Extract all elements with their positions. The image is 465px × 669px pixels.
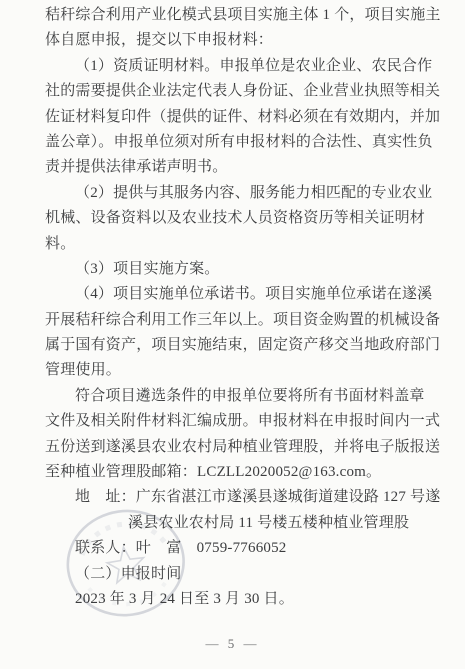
text-line: 责并提供法律承诺声明书。 — [45, 155, 437, 180]
text-line: 文件及相关附件材料汇编成册。申报材料在申报时间内一式 — [45, 409, 437, 434]
text-line: 2023 年 3 月 24 日至 3 月 30 日。 — [45, 587, 437, 612]
document-text: 秸秆综合利用产业化模式县项目实施主体 1 个，项目实施主体自愿申报，提交以下申报… — [45, 3, 437, 612]
text-line: 管理使用。 — [45, 358, 437, 383]
text-line: 地 址：广东省湛江市遂溪县遂城街道建设路 127 号遂 — [45, 485, 437, 510]
page-number: — 5 — — [0, 636, 465, 652]
text-line: 体自愿申报，提交以下申报材料： — [45, 28, 437, 53]
text-line: （1）资质证明材料。申报单位是农业企业、农民合作 — [45, 54, 437, 79]
text-line: 联系人：叶 富 0759-7766052 — [45, 536, 437, 561]
text-line: 盖公章）。申报单位须对所有申报材料的合法性、真实性负 — [45, 130, 437, 155]
text-line: 至种植业管理股邮箱：LCZLL2020052@163.com。 — [45, 460, 437, 485]
text-line: 五份送到遂溪县农业农村局种植业管理股，并将电子版报送 — [45, 435, 437, 460]
text-line: （2）提供与其服务内容、服务能力相匹配的专业农业 — [45, 181, 437, 206]
text-line: 社的需要提供企业法定代表人身份证、企业营业执照等相关 — [45, 79, 437, 104]
text-line: 开展秸秆综合利用工作三年以上。项目资金购置的机械设备 — [45, 308, 437, 333]
text-line: 机械、设备资料以及农业技术人员资格资历等相关证明材 — [45, 206, 437, 231]
text-line: 符合项目遴选条件的申报单位要将所有书面材料盖章 — [45, 384, 437, 409]
text-line: 料。 — [45, 232, 437, 257]
text-line: 溪县农业农村局 11 号楼五楼种植业管理股 — [45, 511, 437, 536]
text-line: 属于国有资产，项目实施结束，固定资产移交当地政府部门 — [45, 333, 437, 358]
document-page: 秸秆综合利用产业化模式县项目实施主体 1 个，项目实施主体自愿申报，提交以下申报… — [0, 0, 465, 669]
text-line: （4）项目实施单位承诺书。项目实施单位承诺在遂溪 — [45, 282, 437, 307]
text-line: （二）申报时间 — [45, 562, 437, 587]
text-line: （3）项目实施方案。 — [45, 257, 437, 282]
text-line: 秸秆综合利用产业化模式县项目实施主体 1 个，项目实施主 — [45, 3, 437, 28]
text-line: 佐证材料复印件（提供的证件、材料必须在有效期内，并加 — [45, 105, 437, 130]
